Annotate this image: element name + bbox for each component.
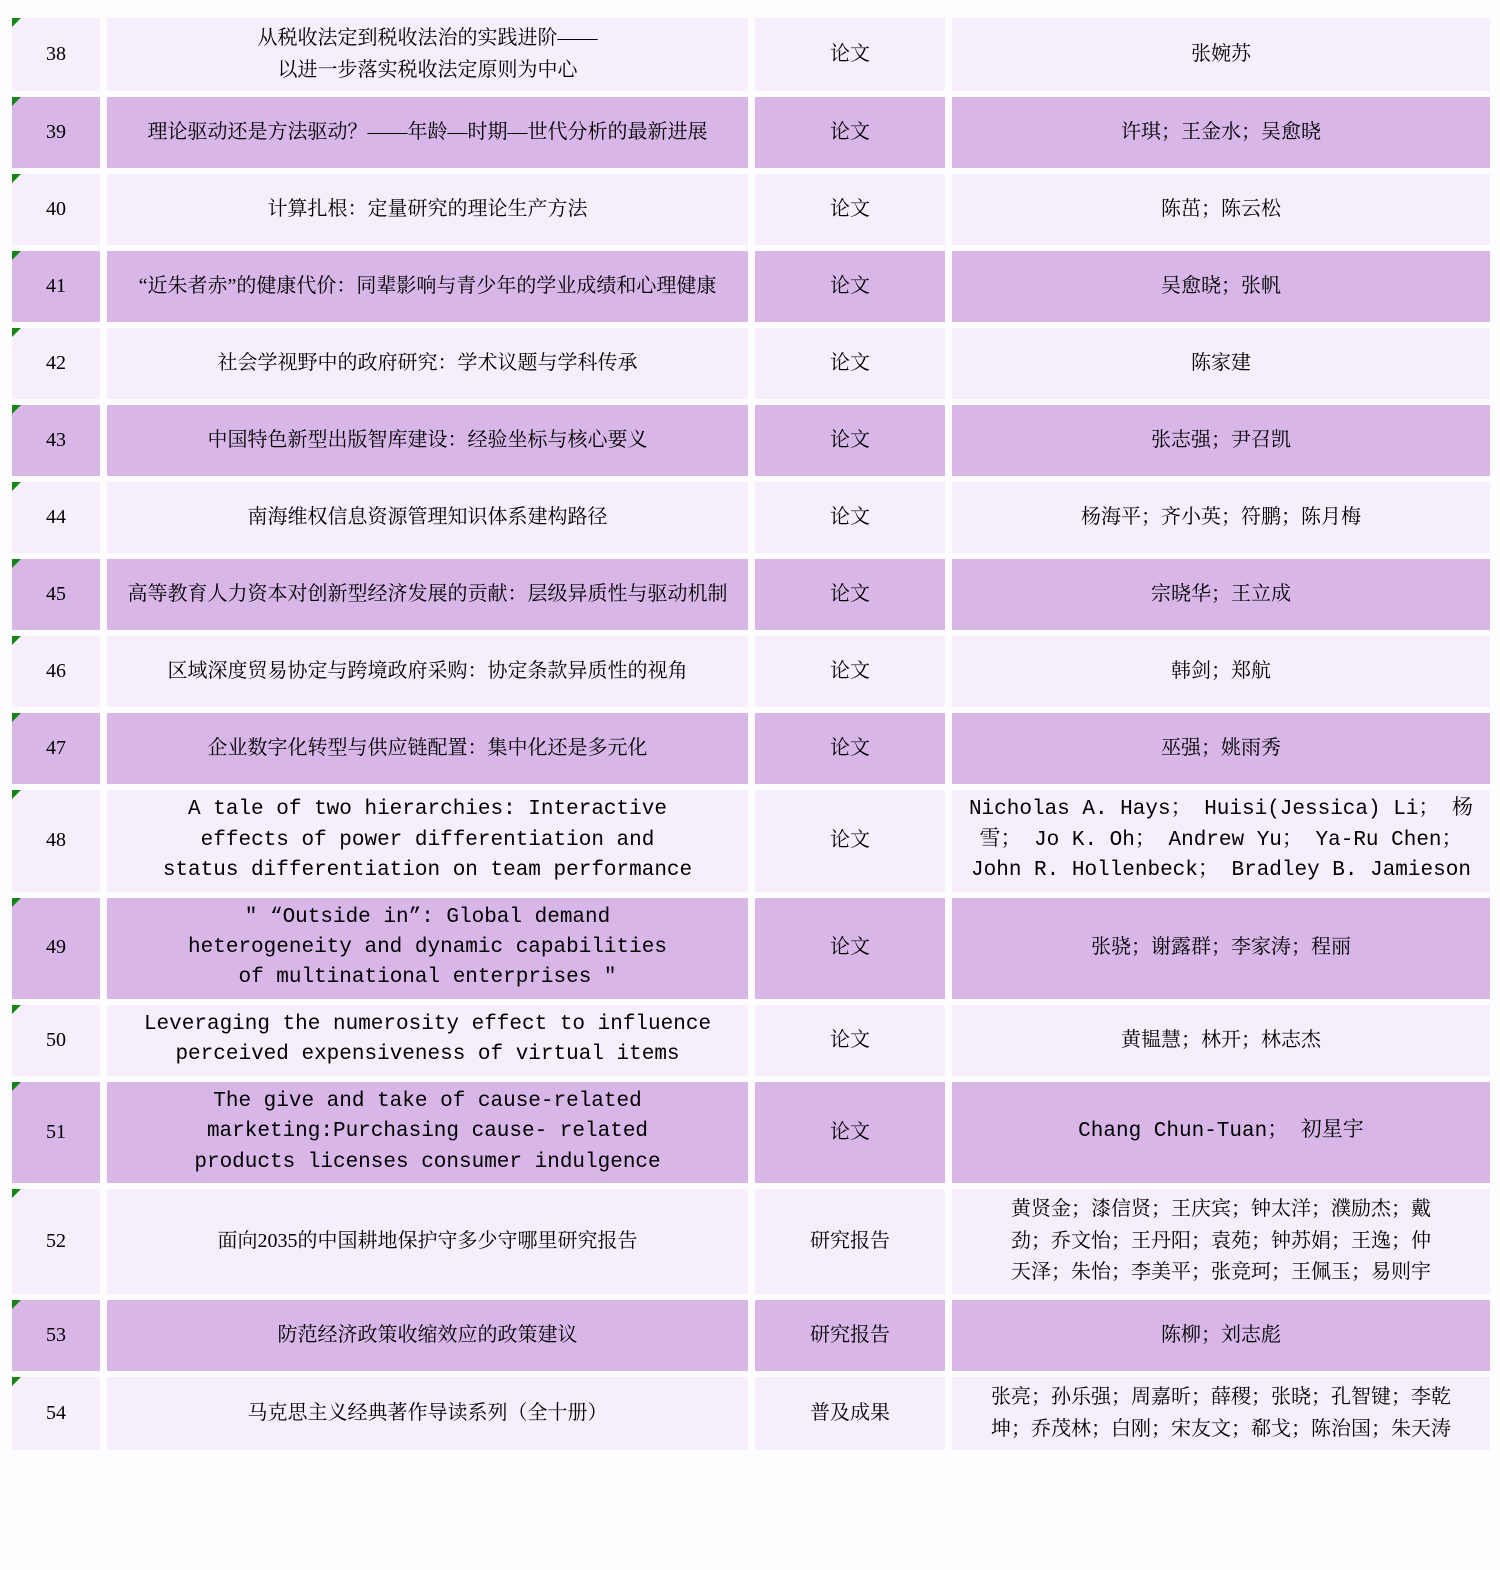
title-text: 马克思主义经典著作导读系列（全十册） <box>248 1398 608 1430</box>
authors-text: 张婉苏 <box>1191 39 1251 71</box>
cell-type[interactable]: 论文 <box>755 174 945 245</box>
row-number-text: 40 <box>46 194 66 226</box>
cell-title[interactable]: A tale of two hierarchies: Interactive e… <box>107 790 748 891</box>
cell-type[interactable]: 论文 <box>755 1005 945 1076</box>
title-text: A tale of two hierarchies: Interactive e… <box>115 795 740 886</box>
table-row: 46 区域深度贸易协定与跨境政府采购：协定条款异质性的视角 论文 韩剑；郑航 <box>12 636 1490 707</box>
table-row: 48 A tale of two hierarchies: Interactiv… <box>12 790 1490 891</box>
row-number-text: 49 <box>46 932 66 964</box>
authors-text: 张志强；尹召凯 <box>1151 425 1291 457</box>
title-text: 面向2035的中国耕地保护守多少守哪里研究报告 <box>218 1226 638 1258</box>
title-text: 社会学视野中的政府研究：学术议题与学科传承 <box>218 348 638 380</box>
type-text: 论文 <box>830 656 870 688</box>
title-text: 理论驱动还是方法驱动？——年龄—时期—世代分析的最新进展 <box>148 117 708 149</box>
cell-indicator-icon <box>12 18 21 27</box>
row-number-text: 48 <box>46 825 66 857</box>
authors-text: 许琪；王金水；吴愈晓 <box>1121 117 1321 149</box>
cell-row-number[interactable]: 39 <box>12 97 100 168</box>
cell-type[interactable]: 普及成果 <box>755 1377 945 1450</box>
cell-title[interactable]: " “Outside in”: Global demand heterogene… <box>107 898 748 999</box>
cell-indicator-icon <box>12 1082 21 1091</box>
cell-type[interactable]: 论文 <box>755 251 945 322</box>
authors-text: 陈家建 <box>1191 348 1251 380</box>
table-row: 39 理论驱动还是方法驱动？——年龄—时期—世代分析的最新进展 论文 许琪；王金… <box>12 97 1490 168</box>
authors-text: 陈茁；陈云松 <box>1161 194 1281 226</box>
cell-authors[interactable]: 陈家建 <box>952 328 1490 399</box>
authors-text: 巫强；姚雨秀 <box>1161 733 1281 765</box>
title-text: 企业数字化转型与供应链配置：集中化还是多元化 <box>208 733 648 765</box>
authors-text: Chang Chun-Tuan； 初星宇 <box>1078 1117 1364 1147</box>
authors-text: 张亮；孙乐强；周嘉昕；薛稷；张晓；孔智键；李乾坤；乔茂林；白刚；宋友文；郗戈；陈… <box>960 1382 1482 1445</box>
cell-type[interactable]: 论文 <box>755 1082 945 1183</box>
cell-type[interactable]: 研究报告 <box>755 1300 945 1371</box>
cell-title[interactable]: 从税收法定到税收法治的实践进阶——以进一步落实税收法定原则为中心 <box>107 18 748 91</box>
cell-row-number[interactable]: 44 <box>12 482 100 553</box>
cell-indicator-icon <box>12 251 21 260</box>
cell-authors[interactable]: 韩剑；郑航 <box>952 636 1490 707</box>
cell-indicator-icon <box>12 405 21 414</box>
authors-text: 韩剑；郑航 <box>1171 656 1271 688</box>
cell-row-number[interactable]: 43 <box>12 405 100 476</box>
cell-type[interactable]: 论文 <box>755 18 945 91</box>
table-row: 43 中国特色新型出版智库建设：经验坐标与核心要义 论文 张志强；尹召凯 <box>12 405 1490 476</box>
cell-type[interactable]: 论文 <box>755 482 945 553</box>
cell-type[interactable]: 论文 <box>755 328 945 399</box>
cell-authors[interactable]: 许琪；王金水；吴愈晓 <box>952 97 1490 168</box>
cell-type[interactable]: 论文 <box>755 97 945 168</box>
row-number-text: 42 <box>46 348 66 380</box>
table-row: 50 Leveraging the numerosity effect to i… <box>12 1005 1490 1076</box>
row-number-text: 38 <box>46 39 66 71</box>
authors-text: 黄贤金；漆信贤；王庆宾；钟太洋；濮励杰；戴劲；乔文怡；王丹阳；袁苑；钟苏娟；王逸… <box>960 1194 1482 1289</box>
cell-title[interactable]: “近朱者赤”的健康代价：同辈影响与青少年的学业成绩和心理健康 <box>107 251 748 322</box>
authors-text: Nicholas A. Hays； Huisi(Jessica) Li； 杨雪；… <box>960 795 1482 886</box>
cell-title[interactable]: The give and take of cause-related marke… <box>107 1082 748 1183</box>
cell-row-number[interactable]: 45 <box>12 559 100 630</box>
cell-title[interactable]: 区域深度贸易协定与跨境政府采购：协定条款异质性的视角 <box>107 636 748 707</box>
cell-row-number[interactable]: 42 <box>12 328 100 399</box>
cell-authors[interactable]: 张亮；孙乐强；周嘉昕；薛稷；张晓；孔智键；李乾坤；乔茂林；白刚；宋友文；郗戈；陈… <box>952 1377 1490 1450</box>
authors-text: 黄韫慧；林开；林志杰 <box>1121 1025 1321 1057</box>
type-text: 论文 <box>830 733 870 765</box>
cell-authors[interactable]: 吴愈晓；张帆 <box>952 251 1490 322</box>
row-number-text: 46 <box>46 656 66 688</box>
cell-authors[interactable]: 杨海平；齐小英；符鹏；陈月梅 <box>952 482 1490 553</box>
cell-authors[interactable]: 张婉苏 <box>952 18 1490 91</box>
cell-title[interactable]: 高等教育人力资本对创新型经济发展的贡献：层级异质性与驱动机制 <box>107 559 748 630</box>
cell-indicator-icon <box>12 328 21 337</box>
cell-row-number[interactable]: 46 <box>12 636 100 707</box>
cell-row-number[interactable]: 40 <box>12 174 100 245</box>
type-text: 论文 <box>830 348 870 380</box>
type-text: 论文 <box>830 117 870 149</box>
cell-title[interactable]: 面向2035的中国耕地保护守多少守哪里研究报告 <box>107 1189 748 1294</box>
cell-type[interactable]: 论文 <box>755 898 945 999</box>
title-text: 防范经济政策收缩效应的政策建议 <box>278 1320 578 1352</box>
results-table: 38 从税收法定到税收法治的实践进阶——以进一步落实税收法定原则为中心 论文 张… <box>12 18 1490 1450</box>
type-text: 研究报告 <box>810 1320 890 1352</box>
table-row: 40 计算扎根：定量研究的理论生产方法 论文 陈茁；陈云松 <box>12 174 1490 245</box>
table-row: 38 从税收法定到税收法治的实践进阶——以进一步落实税收法定原则为中心 论文 张… <box>12 18 1490 91</box>
title-text: 中国特色新型出版智库建设：经验坐标与核心要义 <box>208 425 648 457</box>
table-row: 49 " “Outside in”: Global demand heterog… <box>12 898 1490 999</box>
authors-text: 宗晓华；王立成 <box>1151 579 1291 611</box>
table-row: 54 马克思主义经典著作导读系列（全十册） 普及成果 张亮；孙乐强；周嘉昕；薛稷… <box>12 1377 1490 1450</box>
cell-row-number[interactable]: 47 <box>12 713 100 784</box>
cell-row-number[interactable]: 48 <box>12 790 100 891</box>
cell-type[interactable]: 论文 <box>755 636 945 707</box>
row-number-text: 54 <box>46 1398 66 1430</box>
cell-type[interactable]: 论文 <box>755 713 945 784</box>
table-row: 52 面向2035的中国耕地保护守多少守哪里研究报告 研究报告 黄贤金；漆信贤；… <box>12 1189 1490 1294</box>
table-row: 41 “近朱者赤”的健康代价：同辈影响与青少年的学业成绩和心理健康 论文 吴愈晓… <box>12 251 1490 322</box>
cell-authors[interactable]: 陈柳；刘志彪 <box>952 1300 1490 1371</box>
table-row: 51 The give and take of cause-related ma… <box>12 1082 1490 1183</box>
cell-row-number[interactable]: 54 <box>12 1377 100 1450</box>
row-number-text: 53 <box>46 1320 66 1352</box>
cell-indicator-icon <box>12 1189 21 1198</box>
cell-row-number[interactable]: 51 <box>12 1082 100 1183</box>
cell-authors[interactable]: 张志强；尹召凯 <box>952 405 1490 476</box>
cell-type[interactable]: 论文 <box>755 405 945 476</box>
cell-type[interactable]: 研究报告 <box>755 1189 945 1294</box>
type-text: 普及成果 <box>810 1398 890 1430</box>
cell-row-number[interactable]: 41 <box>12 251 100 322</box>
cell-indicator-icon <box>12 1005 21 1014</box>
title-text: 从税收法定到税收法治的实践进阶——以进一步落实税收法定原则为中心 <box>115 23 740 86</box>
cell-authors[interactable]: 宗晓华；王立成 <box>952 559 1490 630</box>
row-number-text: 52 <box>46 1226 66 1258</box>
table-row: 47 企业数字化转型与供应链配置：集中化还是多元化 论文 巫强；姚雨秀 <box>12 713 1490 784</box>
title-text: “近朱者赤”的健康代价：同辈影响与青少年的学业成绩和心理健康 <box>139 271 717 303</box>
table-row: 53 防范经济政策收缩效应的政策建议 研究报告 陈柳；刘志彪 <box>12 1300 1490 1371</box>
title-text: " “Outside in”: Global demand heterogene… <box>115 903 740 994</box>
type-text: 论文 <box>830 825 870 857</box>
table-row: 44 南海维权信息资源管理知识体系建构路径 论文 杨海平；齐小英；符鹏；陈月梅 <box>12 482 1490 553</box>
title-text: 南海维权信息资源管理知识体系建构路径 <box>248 502 608 534</box>
cell-authors[interactable]: 巫强；姚雨秀 <box>952 713 1490 784</box>
cell-title[interactable]: 企业数字化转型与供应链配置：集中化还是多元化 <box>107 713 748 784</box>
cell-row-number[interactable]: 53 <box>12 1300 100 1371</box>
cell-authors[interactable]: 陈茁；陈云松 <box>952 174 1490 245</box>
cell-title[interactable]: 理论驱动还是方法驱动？——年龄—时期—世代分析的最新进展 <box>107 97 748 168</box>
title-text: 区域深度贸易协定与跨境政府采购：协定条款异质性的视角 <box>168 656 688 688</box>
cell-indicator-icon <box>12 174 21 183</box>
cell-authors[interactable]: 张骁；谢露群；李家涛；程丽 <box>952 898 1490 999</box>
title-text: Leveraging the numerosity effect to infl… <box>115 1010 740 1071</box>
type-text: 论文 <box>830 579 870 611</box>
authors-text: 陈柳；刘志彪 <box>1161 1320 1281 1352</box>
cell-title[interactable]: 防范经济政策收缩效应的政策建议 <box>107 1300 748 1371</box>
row-number-text: 45 <box>46 579 66 611</box>
cell-row-number[interactable]: 52 <box>12 1189 100 1294</box>
authors-text: 张骁；谢露群；李家涛；程丽 <box>1091 932 1351 964</box>
row-number-text: 50 <box>46 1025 66 1057</box>
cell-indicator-icon <box>12 97 21 106</box>
cell-row-number[interactable]: 49 <box>12 898 100 999</box>
cell-title[interactable]: 中国特色新型出版智库建设：经验坐标与核心要义 <box>107 405 748 476</box>
type-text: 论文 <box>830 932 870 964</box>
table-row: 42 社会学视野中的政府研究：学术议题与学科传承 论文 陈家建 <box>12 328 1490 399</box>
type-text: 论文 <box>830 271 870 303</box>
cell-type[interactable]: 论文 <box>755 790 945 891</box>
type-text: 论文 <box>830 1117 870 1149</box>
type-text: 研究报告 <box>810 1226 890 1258</box>
title-text: 计算扎根：定量研究的理论生产方法 <box>268 194 588 226</box>
cell-authors[interactable]: Nicholas A. Hays； Huisi(Jessica) Li； 杨雪；… <box>952 790 1490 891</box>
cell-indicator-icon <box>12 482 21 491</box>
type-text: 论文 <box>830 39 870 71</box>
cell-authors[interactable]: 黄韫慧；林开；林志杰 <box>952 1005 1490 1076</box>
cell-title[interactable]: 社会学视野中的政府研究：学术议题与学科传承 <box>107 328 748 399</box>
cell-authors[interactable]: Chang Chun-Tuan； 初星宇 <box>952 1082 1490 1183</box>
row-number-text: 47 <box>46 733 66 765</box>
row-number-text: 44 <box>46 502 66 534</box>
cell-indicator-icon <box>12 1300 21 1309</box>
cell-row-number[interactable]: 50 <box>12 1005 100 1076</box>
cell-indicator-icon <box>12 713 21 722</box>
authors-text: 杨海平；齐小英；符鹏；陈月梅 <box>1081 502 1361 534</box>
row-number-text: 51 <box>46 1117 66 1149</box>
cell-indicator-icon <box>12 636 21 645</box>
table-row: 45 高等教育人力资本对创新型经济发展的贡献：层级异质性与驱动机制 论文 宗晓华… <box>12 559 1490 630</box>
row-number-text: 41 <box>46 271 66 303</box>
cell-row-number[interactable]: 38 <box>12 18 100 91</box>
cell-title[interactable]: 计算扎根：定量研究的理论生产方法 <box>107 174 748 245</box>
cell-authors[interactable]: 黄贤金；漆信贤；王庆宾；钟太洋；濮励杰；戴劲；乔文怡；王丹阳；袁苑；钟苏娟；王逸… <box>952 1189 1490 1294</box>
cell-type[interactable]: 论文 <box>755 559 945 630</box>
cell-title[interactable]: Leveraging the numerosity effect to infl… <box>107 1005 748 1076</box>
type-text: 论文 <box>830 502 870 534</box>
cell-indicator-icon <box>12 1377 21 1386</box>
cell-title[interactable]: 马克思主义经典著作导读系列（全十册） <box>107 1377 748 1450</box>
cell-title[interactable]: 南海维权信息资源管理知识体系建构路径 <box>107 482 748 553</box>
cell-indicator-icon <box>12 559 21 568</box>
row-number-text: 39 <box>46 117 66 149</box>
row-number-text: 43 <box>46 425 66 457</box>
title-text: 高等教育人力资本对创新型经济发展的贡献：层级异质性与驱动机制 <box>128 579 728 611</box>
type-text: 论文 <box>830 194 870 226</box>
authors-text: 吴愈晓；张帆 <box>1161 271 1281 303</box>
type-text: 论文 <box>830 1025 870 1057</box>
type-text: 论文 <box>830 425 870 457</box>
cell-indicator-icon <box>12 790 21 799</box>
title-text: The give and take of cause-related marke… <box>115 1087 740 1178</box>
cell-indicator-icon <box>12 898 21 907</box>
